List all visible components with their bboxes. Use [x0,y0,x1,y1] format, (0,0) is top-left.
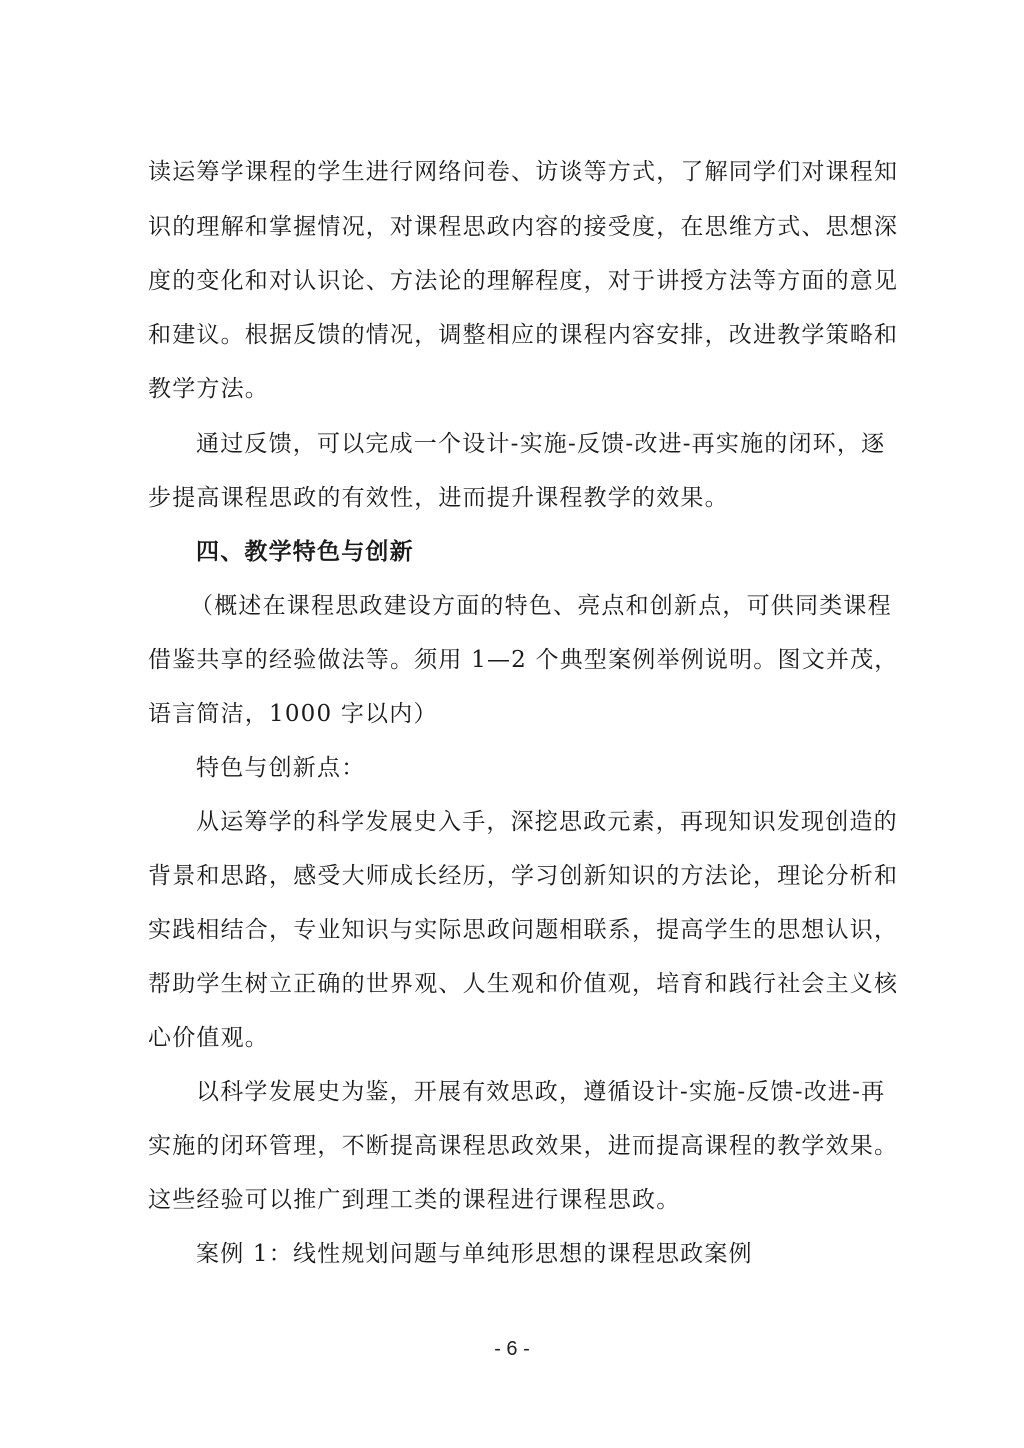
paragraph-line: 这些经验可以推广到理工类的课程进行课程思政。 [148,1185,878,1215]
paragraph-line: 心价值观。 [148,1023,878,1053]
paragraph-line: 背景和思路，感受大师成长经历，学习创新知识的方法论，理论分析和 [148,861,878,891]
document-page: 读运筹学课程的学生进行网络问卷、访谈等方式，了解同学们对课程知 识的理解和掌握情… [0,0,1024,1448]
paragraph-line: 度的变化和对认识论、方法论的理解程度，对于讲授方法等方面的意见 [148,266,878,296]
paragraph-line: 实践相结合，专业知识与实际思政问题相联系，提高学生的思想认识， [148,915,878,945]
section-heading: 四、教学特色与创新 [196,537,926,567]
paragraph-line: 读运筹学课程的学生进行网络问卷、访谈等方式，了解同学们对课程知 [148,157,878,187]
paragraph-line: 帮助学生树立正确的世界观、人生观和价值观，培育和践行社会主义核 [148,969,878,999]
instruction-line: 语言简洁，1000 字以内） [148,699,878,729]
paragraph-line: 识的理解和掌握情况，对课程思政内容的接受度，在思维方式、思想深 [148,212,878,242]
paragraph-line: 教学方法。 [148,374,878,404]
paragraph-line: 和建议。根据反馈的情况，调整相应的课程内容安排，改进教学策略和 [148,320,878,350]
instruction-line: 借鉴共享的经验做法等。须用 1—2 个典型案例举例说明。图文并茂， [148,645,878,675]
page-number: - 6 - [0,1338,1024,1361]
case-title: 案例 1：线性规划问题与单纯形思想的课程思政案例 [196,1239,926,1269]
paragraph-line: 通过反馈，可以完成一个设计-实施-反馈-改进-再实施的闭环，逐 [196,429,926,459]
paragraph-line: 步提高课程思政的有效性，进而提升课程教学的效果。 [148,483,878,513]
instruction-line: （概述在课程思政建设方面的特色、亮点和创新点，可供同类课程 [190,591,920,621]
paragraph-line: 实施的闭环管理，不断提高课程思政效果，进而提高课程的教学效果。 [148,1131,878,1161]
subheading-features: 特色与创新点： [196,753,926,783]
paragraph-line: 从运筹学的科学发展史入手，深挖思政元素，再现知识发现创造的 [196,807,926,837]
paragraph-line: 以科学发展史为鉴，开展有效思政，遵循设计-实施-反馈-改进-再 [196,1077,926,1107]
